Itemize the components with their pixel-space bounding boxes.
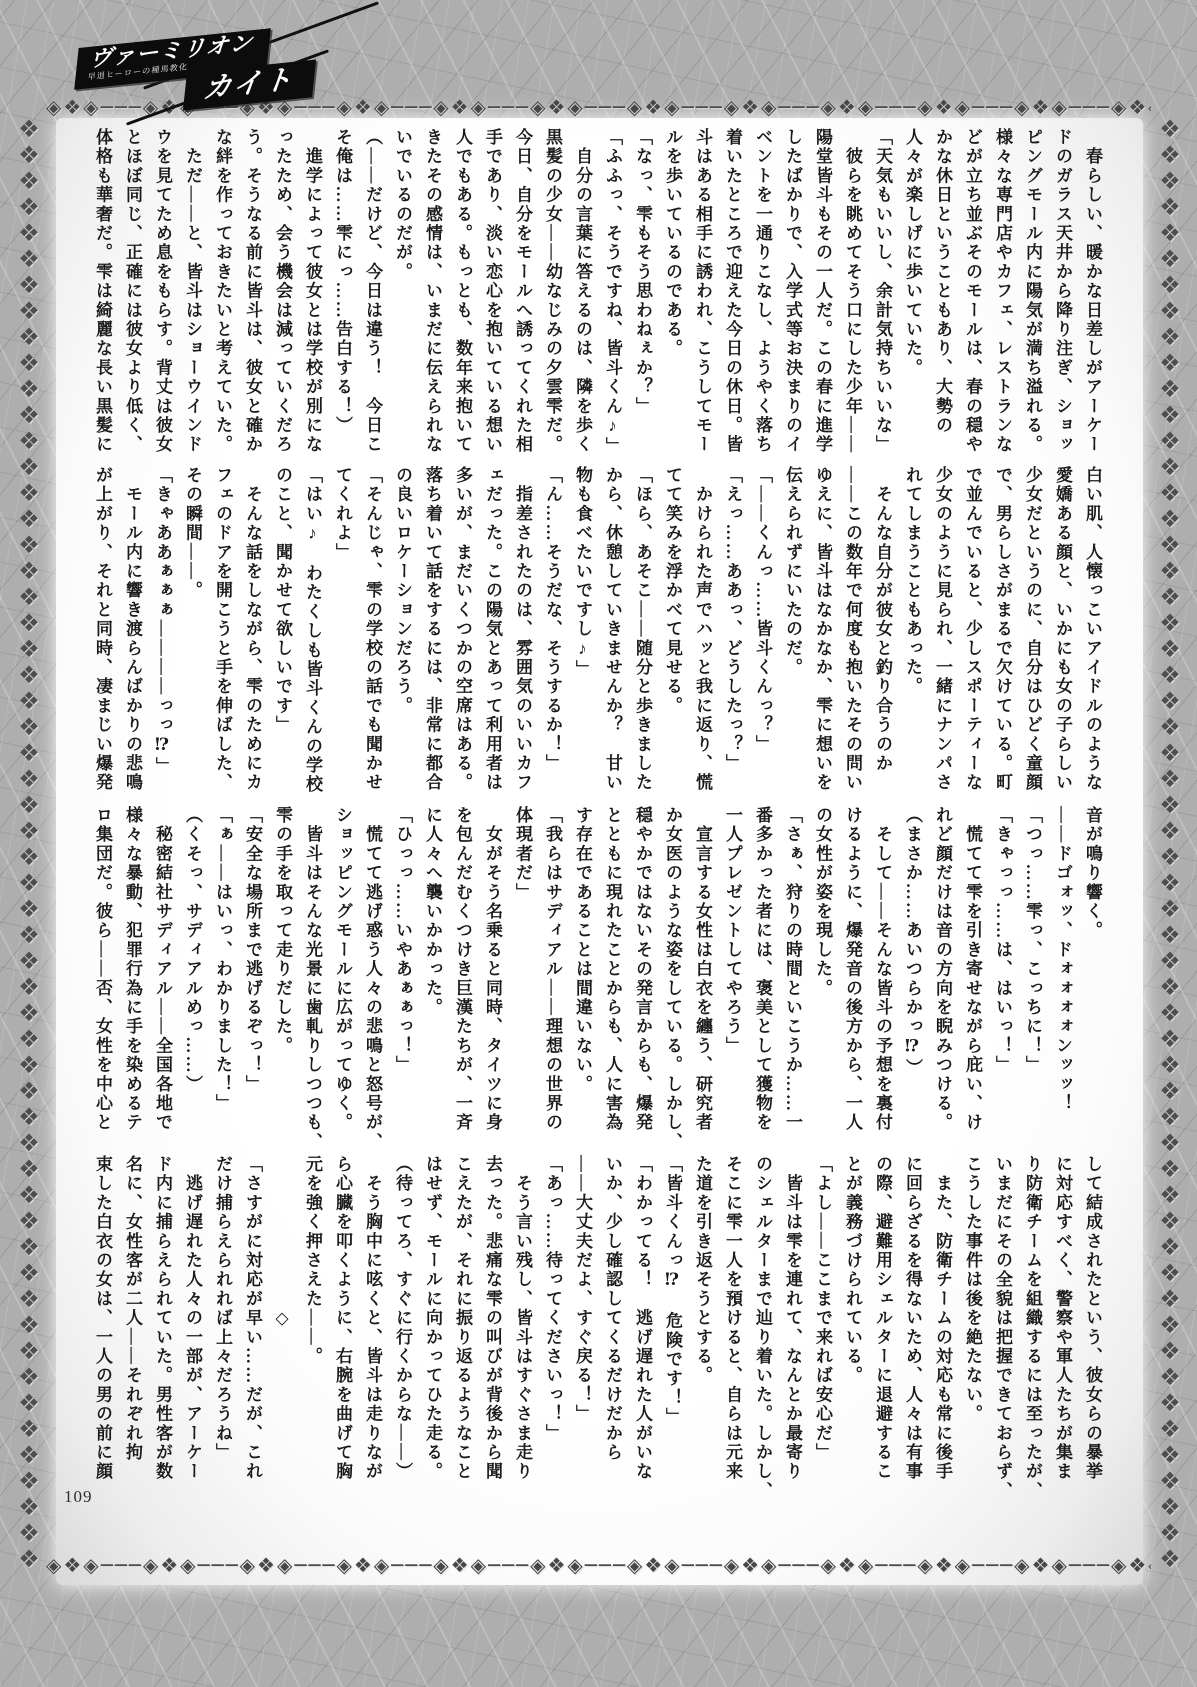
ornament-border-left-icon: ❖❖❖❖❖❖❖❖❖❖❖❖❖❖❖❖❖❖❖❖❖❖❖❖❖❖❖❖❖❖❖❖❖❖❖❖❖❖❖❖… — [8, 116, 50, 1583]
novel-text-section-1: 春らしい、暖かな日差しがアーケー ドのガラス天井から降り注ぎ、ショッ ピングモー… — [87, 128, 1107, 478]
page-number: 109 — [64, 1487, 93, 1507]
ornament-border-right-icon: ❖❖❖❖❖❖❖❖❖❖❖❖❖❖❖❖❖❖❖❖❖❖❖❖❖❖❖❖❖❖❖❖❖❖❖❖❖❖❖❖… — [1149, 116, 1191, 1583]
novel-text-section-2: 白い肌、人懐っこいアイドルのような 愛嬌ある顔と、いかにも女の子らしい 少女だと… — [87, 466, 1107, 816]
novel-text-section-3: 音が鳴り響く。 ――ドゴォッ、ドォォォォンッッ！ 「つっ……雫っ、こっちに！」 … — [87, 806, 1107, 1158]
logo-title-line2: カイト — [202, 64, 296, 105]
series-logo: ヴァーミリオン 早退ヒーローの種馬教化 カイト — [58, 14, 358, 114]
ornament-chain-bottom-icon: ◈❖◈───◈❖◈───◈❖◈───◈❖◈───◈❖◈───◈❖◈───◈❖◈─… — [46, 1550, 1151, 1582]
novel-text-section-4: して結成されたという、彼女らの暴挙 に対応すべく、警察や軍人たちが集ま り防衛チ… — [87, 1155, 1107, 1527]
